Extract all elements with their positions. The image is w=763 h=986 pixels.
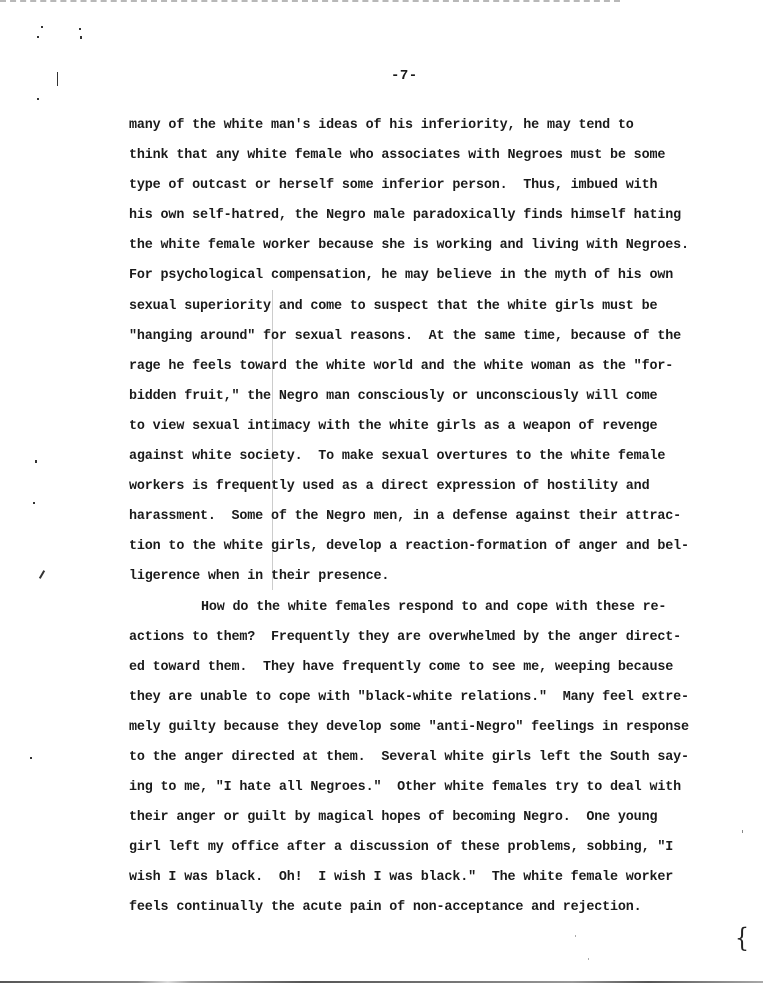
scan-speck (57, 72, 58, 86)
top-edge-dashes (0, 0, 620, 3)
text-line: harassment. Some of the Negro men, in a … (129, 506, 689, 536)
text-line: the white female worker because she is w… (129, 235, 689, 265)
text-line: girl left my office after a discussion o… (129, 837, 689, 867)
text-line: his own self-hatred, the Negro male para… (129, 205, 689, 235)
text-line: "hanging around" for sexual reasons. At … (129, 326, 689, 356)
text-line: feels continually the acute pain of non-… (129, 897, 689, 927)
scan-speck (37, 98, 39, 100)
text-line: to the anger directed at them. Several w… (129, 747, 689, 777)
scan-speck (80, 36, 82, 39)
text-line: mely guilty because they develop some "a… (129, 717, 689, 747)
text-line: against white society. To make sexual ov… (129, 446, 689, 476)
paragraph-2: How do the white females respond to and … (129, 597, 689, 928)
text-line: to view sexual intimacy with the white g… (129, 416, 689, 446)
text-line: think that any white female who associat… (129, 145, 689, 175)
text-line: they are unable to cope with "black-whit… (129, 687, 689, 717)
scan-speck (79, 28, 81, 30)
scan-speck (742, 830, 743, 833)
paragraph-1: many of the white man's ideas of his inf… (129, 115, 689, 597)
body-text: many of the white man's ideas of his inf… (129, 115, 689, 928)
page-number: -7- (391, 68, 418, 84)
scan-speck (33, 502, 35, 504)
text-line: rage he feels toward the white world and… (129, 356, 689, 386)
text-line: ed toward them. They have frequently com… (129, 657, 689, 687)
text-line: type of outcast or herself some inferior… (129, 175, 689, 205)
text-line: sexual superiority and come to suspect t… (129, 296, 689, 326)
scan-speck (575, 935, 576, 937)
scan-speck (39, 570, 45, 579)
text-line: workers is frequently used as a direct e… (129, 476, 689, 506)
text-line: tion to the white girls, develop a react… (129, 536, 689, 566)
text-line: ing to me, "I hate all Negroes." Other w… (129, 777, 689, 807)
margin-bracket-mark: { (735, 924, 749, 954)
scan-speck (588, 958, 589, 960)
text-line: wish I was black. Oh! I wish I was black… (129, 867, 689, 897)
scan-speck (30, 757, 32, 759)
scan-speck (41, 26, 43, 28)
text-line: actions to them? Frequently they are ove… (129, 627, 689, 657)
text-line: How do the white females respond to and … (129, 597, 689, 627)
text-line: many of the white man's ideas of his inf… (129, 115, 689, 145)
bottom-edge-line (0, 981, 763, 983)
text-line: bidden fruit," the Negro man consciously… (129, 386, 689, 416)
text-line: For psychological compensation, he may b… (129, 265, 689, 295)
scan-speck (37, 36, 39, 38)
text-line: their anger or guilt by magical hopes of… (129, 807, 689, 837)
scan-speck (35, 460, 37, 463)
text-line: ligerence when in their presence. (129, 566, 689, 596)
